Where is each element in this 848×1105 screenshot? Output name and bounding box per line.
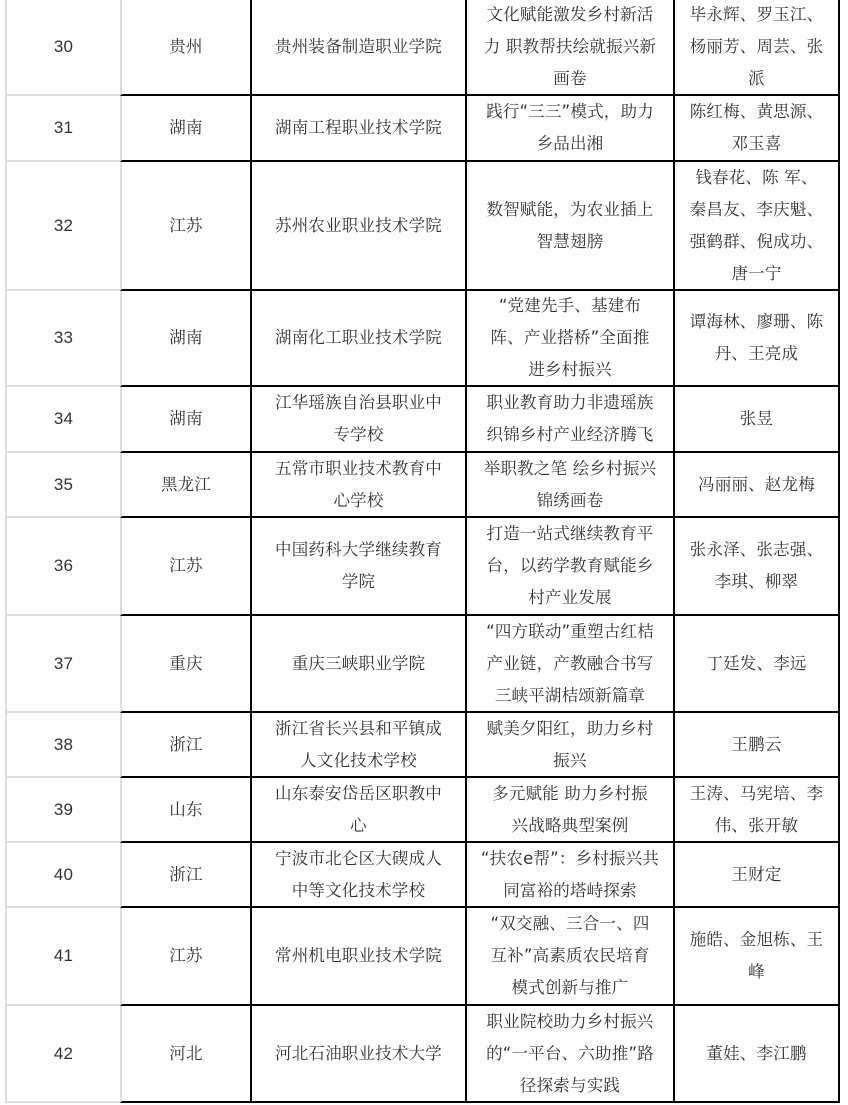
cell-province: 浙江 (120, 713, 250, 778)
cell-case-title: 文化赋能激发乡村新活 力 职教帮扶绘就振兴新 画卷 (465, 0, 673, 96)
cell-text-people: 王涛、马宪培、李 伟、张开敏 (690, 778, 824, 842)
cell-number: 37 (5, 616, 120, 713)
cell-case-title: “党建先手、基建布 阵、产业搭桥”全面推 进乡村振兴 (465, 291, 673, 387)
cell-institution: 重庆三峡职业学院 (250, 616, 465, 713)
cell-text-province: 黑龙江 (161, 469, 211, 501)
cell-province: 贵州 (120, 0, 250, 96)
cell-people: 张昱 (673, 387, 840, 453)
table-row-31: 31 湖南 湖南工程职业技术学院 践行“三三”模式，助力 乡品出湘 陈红梅、黄思… (5, 96, 840, 162)
cell-text-province: 江苏 (169, 550, 202, 582)
cell-people: 钱春花、陈 军、 秦昌友、李庆魁、 强鹤群、倪成功、 唐一宁 (673, 162, 840, 291)
cell-text-title: 赋美夕阳红，助力乡村 振兴 (487, 713, 654, 777)
cell-number: 35 (5, 453, 120, 518)
cell-people: 董娃、李江鹏 (673, 1006, 840, 1103)
cell-text-no: 34 (54, 403, 73, 435)
cell-text-institution: 江华瑶族自治县职业中 专学校 (275, 387, 442, 451)
cell-number: 36 (5, 518, 120, 616)
cell-case-title: “四方联动”重塑古红桔 产业链，产教融合书写 三峡平湖桔颂新篇章 (465, 616, 673, 713)
cell-institution: 河北石油职业技术大学 (250, 1006, 465, 1103)
cell-text-title: 践行“三三”模式，助力 乡品出湘 (486, 96, 654, 160)
cell-people: 王财定 (673, 843, 840, 908)
cell-institution: 山东泰安岱岳区职教中 心 (250, 778, 465, 843)
cell-text-people: 毕永辉、罗玉江、 杨丽芳、周芸、张 派 (690, 0, 824, 95)
cell-text-no: 39 (54, 794, 73, 826)
table-row-36: 36 江苏 中国药科大学继续教育 学院 打造一站式继续教育平 台，以药学教育赋能… (5, 518, 840, 616)
cell-case-title: 职业院校助力乡村振兴 的“一平台、六助推”路 径探索与实践 (465, 1006, 673, 1103)
cell-text-title: “党建先手、基建布 阵、产业搭桥”全面推 进乡村振兴 (490, 290, 649, 386)
cell-institution: 苏州农业职业技术学院 (250, 162, 465, 291)
cell-case-title: 多元赋能 助力乡村振 兴战略典型案例 (465, 778, 673, 843)
cell-text-no: 36 (54, 550, 73, 582)
cell-institution: 贵州装备制造职业学院 (250, 0, 465, 96)
cell-number: 31 (5, 96, 120, 162)
cell-province: 江苏 (120, 908, 250, 1006)
cell-text-province: 湖南 (169, 112, 202, 144)
cell-text-people: 丁廷发、李远 (706, 648, 806, 680)
cell-number: 33 (5, 291, 120, 387)
cell-province: 重庆 (120, 616, 250, 713)
cell-text-institution: 苏州农业职业技术学院 (275, 210, 442, 242)
cell-text-title: 职业院校助力乡村振兴 的“一平台、六助推”路 径探索与实践 (486, 1006, 654, 1102)
cell-text-no: 30 (54, 31, 73, 63)
cell-text-title: 举职教之笔 绘乡村振兴 锦绣画卷 (484, 453, 656, 517)
cell-people: 陈红梅、黄思源、 邓玉喜 (673, 96, 840, 162)
table-row-30: 30 贵州 贵州装备制造职业学院 文化赋能激发乡村新活 力 职教帮扶绘就振兴新 … (5, 0, 840, 96)
cell-text-people: 王财定 (731, 859, 781, 891)
cell-text-no: 38 (54, 729, 73, 761)
cell-people: 谭海林、廖珊、陈 丹、王亮成 (673, 291, 840, 387)
cell-text-no: 32 (54, 210, 73, 242)
cell-province: 湖南 (120, 387, 250, 453)
cell-text-no: 37 (54, 648, 73, 680)
cell-institution: 五常市职业技术教育中 心学校 (250, 453, 465, 518)
cell-text-people: 冯丽丽、赵龙梅 (698, 469, 815, 501)
cell-text-institution: 湖南化工职业技术学院 (275, 322, 442, 354)
cell-text-institution: 湖南工程职业技术学院 (275, 112, 442, 144)
cell-province: 浙江 (120, 843, 250, 908)
cell-text-institution: 中国药科大学继续教育 学院 (275, 534, 442, 598)
cell-text-province: 江苏 (169, 210, 202, 242)
cell-province: 江苏 (120, 518, 250, 616)
cell-text-people: 张永泽、张志强、 李琪、柳翠 (690, 534, 824, 598)
table-row-32: 32 江苏 苏州农业职业技术学院 数智赋能，为农业插上 智慧翅膀 钱春花、陈 军… (5, 162, 840, 291)
table-row-35: 35 黑龙江 五常市职业技术教育中 心学校 举职教之笔 绘乡村振兴 锦绣画卷 冯… (5, 453, 840, 518)
cell-text-people: 张昱 (740, 403, 773, 435)
cell-case-title: 数智赋能，为农业插上 智慧翅膀 (465, 162, 673, 291)
cell-text-province: 山东 (169, 794, 202, 826)
table-row-37: 37 重庆 重庆三峡职业学院 “四方联动”重塑古红桔 产业链，产教融合书写 三峡… (5, 616, 840, 713)
cell-number: 32 (5, 162, 120, 291)
table-row-42: 42 河北 河北石油职业技术大学 职业院校助力乡村振兴 的“一平台、六助推”路 … (5, 1006, 840, 1103)
cell-text-no: 35 (54, 469, 73, 501)
cell-text-institution: 河北石油职业技术大学 (275, 1038, 442, 1070)
cell-number: 40 (5, 843, 120, 908)
cell-province: 山东 (120, 778, 250, 843)
cell-institution: 中国药科大学继续教育 学院 (250, 518, 465, 616)
cell-text-title: “四方联动”重塑古红桔 产业链，产教融合书写 三峡平湖桔颂新篇章 (486, 616, 654, 712)
table-row-33: 33 湖南 湖南化工职业技术学院 “党建先手、基建布 阵、产业搭桥”全面推 进乡… (5, 291, 840, 387)
cell-people: 毕永辉、罗玉江、 杨丽芳、周芸、张 派 (673, 0, 840, 96)
cell-people: 冯丽丽、赵龙梅 (673, 453, 840, 518)
cell-people: 丁廷发、李远 (673, 616, 840, 713)
cell-province: 河北 (120, 1006, 250, 1103)
cell-text-people: 陈红梅、黄思源、 邓玉喜 (690, 96, 824, 160)
cell-institution: 江华瑶族自治县职业中 专学校 (250, 387, 465, 453)
cell-text-people: 董娃、李江鹏 (706, 1038, 806, 1070)
cell-case-title: 赋美夕阳红，助力乡村 振兴 (465, 713, 673, 778)
cell-case-title: “扶农e帮”：乡村振兴共 同富裕的塔峙探索 (465, 843, 673, 908)
cell-number: 38 (5, 713, 120, 778)
cell-institution: 湖南工程职业技术学院 (250, 96, 465, 162)
cell-institution: 宁波市北仑区大碶成人 中等文化技术学校 (250, 843, 465, 908)
cell-province: 江苏 (120, 162, 250, 291)
cell-province: 湖南 (120, 291, 250, 387)
cell-text-no: 41 (54, 940, 73, 972)
cell-text-institution: 常州机电职业技术学院 (275, 940, 442, 972)
cell-text-province: 河北 (169, 1038, 202, 1070)
cell-text-title: 文化赋能激发乡村新活 力 职教帮扶绘就振兴新 画卷 (484, 0, 656, 95)
cell-case-title: 职业教育助力非遗瑶族 织锦乡村产业经济腾飞 (465, 387, 673, 453)
cell-people: 施皓、金旭栋、王 峰 (673, 908, 840, 1006)
table-row-38: 38 浙江 浙江省长兴县和平镇成 人文化技术学校 赋美夕阳红，助力乡村 振兴 王… (5, 713, 840, 778)
cell-text-title: 打造一站式继续教育平 台，以药学教育赋能乡 村产业发展 (487, 518, 654, 614)
cell-number: 39 (5, 778, 120, 843)
cell-people: 张永泽、张志强、 李琪、柳翠 (673, 518, 840, 616)
table-row-39: 39 山东 山东泰安岱岳区职教中 心 多元赋能 助力乡村振 兴战略典型案例 王涛… (5, 778, 840, 843)
cell-text-province: 重庆 (169, 648, 202, 680)
cell-text-province: 浙江 (169, 729, 202, 761)
cell-case-title: 举职教之笔 绘乡村振兴 锦绣画卷 (465, 453, 673, 518)
cell-case-title: 打造一站式继续教育平 台，以药学教育赋能乡 村产业发展 (465, 518, 673, 616)
cell-case-title: “双交融、三合一、四 互补”高素质农民培育 模式创新与推广 (465, 908, 673, 1006)
cell-people: 王鹏云 (673, 713, 840, 778)
cell-text-institution: 重庆三峡职业学院 (292, 648, 426, 680)
cell-text-province: 湖南 (169, 403, 202, 435)
cell-text-people: 谭海林、廖珊、陈 丹、王亮成 (690, 306, 824, 370)
cell-institution: 常州机电职业技术学院 (250, 908, 465, 1006)
cell-text-no: 40 (54, 859, 73, 891)
cell-number: 41 (5, 908, 120, 1006)
cell-province: 黑龙江 (120, 453, 250, 518)
cell-people: 王涛、马宪培、李 伟、张开敏 (673, 778, 840, 843)
cell-text-province: 浙江 (169, 859, 202, 891)
cell-number: 34 (5, 387, 120, 453)
cell-text-people: 王鹏云 (731, 729, 781, 761)
cell-text-institution: 五常市职业技术教育中 心学校 (275, 453, 442, 517)
cell-text-province: 贵州 (169, 31, 202, 63)
cell-institution: 湖南化工职业技术学院 (250, 291, 465, 387)
cell-text-people: 施皓、金旭栋、王 峰 (690, 924, 824, 988)
cell-text-title: 数智赋能，为农业插上 智慧翅膀 (487, 194, 654, 258)
table-row-41: 41 江苏 常州机电职业技术学院 “双交融、三合一、四 互补”高素质农民培育 模… (5, 908, 840, 1006)
cell-text-people: 钱春花、陈 军、 秦昌友、李庆魁、 强鹤群、倪成功、 唐一宁 (690, 162, 824, 290)
cell-text-title: 多元赋能 助力乡村振 兴战略典型案例 (492, 778, 648, 842)
cell-text-institution: 山东泰安岱岳区职教中 心 (275, 778, 442, 842)
cell-number: 42 (5, 1006, 120, 1103)
cell-institution: 浙江省长兴县和平镇成 人文化技术学校 (250, 713, 465, 778)
table-row-40: 40 浙江 宁波市北仑区大碶成人 中等文化技术学校 “扶农e帮”：乡村振兴共 同… (5, 843, 840, 908)
cell-province: 湖南 (120, 96, 250, 162)
cell-text-title: “双交融、三合一、四 互补”高素质农民培育 模式创新与推广 (490, 908, 649, 1004)
cell-text-institution: 宁波市北仑区大碶成人 中等文化技术学校 (275, 843, 442, 907)
cell-text-province: 湖南 (169, 322, 202, 354)
cell-text-no: 33 (54, 322, 73, 354)
cell-case-title: 践行“三三”模式，助力 乡品出湘 (465, 96, 673, 162)
cell-text-province: 江苏 (169, 940, 202, 972)
cell-text-institution: 贵州装备制造职业学院 (275, 31, 442, 63)
cell-number: 30 (5, 0, 120, 96)
cell-text-title: 职业教育助力非遗瑶族 织锦乡村产业经济腾飞 (487, 387, 654, 451)
cell-text-no: 42 (54, 1038, 73, 1070)
cell-text-institution: 浙江省长兴县和平镇成 人文化技术学校 (275, 713, 442, 777)
cell-text-no: 31 (54, 112, 73, 144)
cell-text-title: “扶农e帮”：乡村振兴共 同富裕的塔峙探索 (481, 843, 659, 907)
table-row-34: 34 湖南 江华瑶族自治县职业中 专学校 职业教育助力非遗瑶族 织锦乡村产业经济… (5, 387, 840, 453)
